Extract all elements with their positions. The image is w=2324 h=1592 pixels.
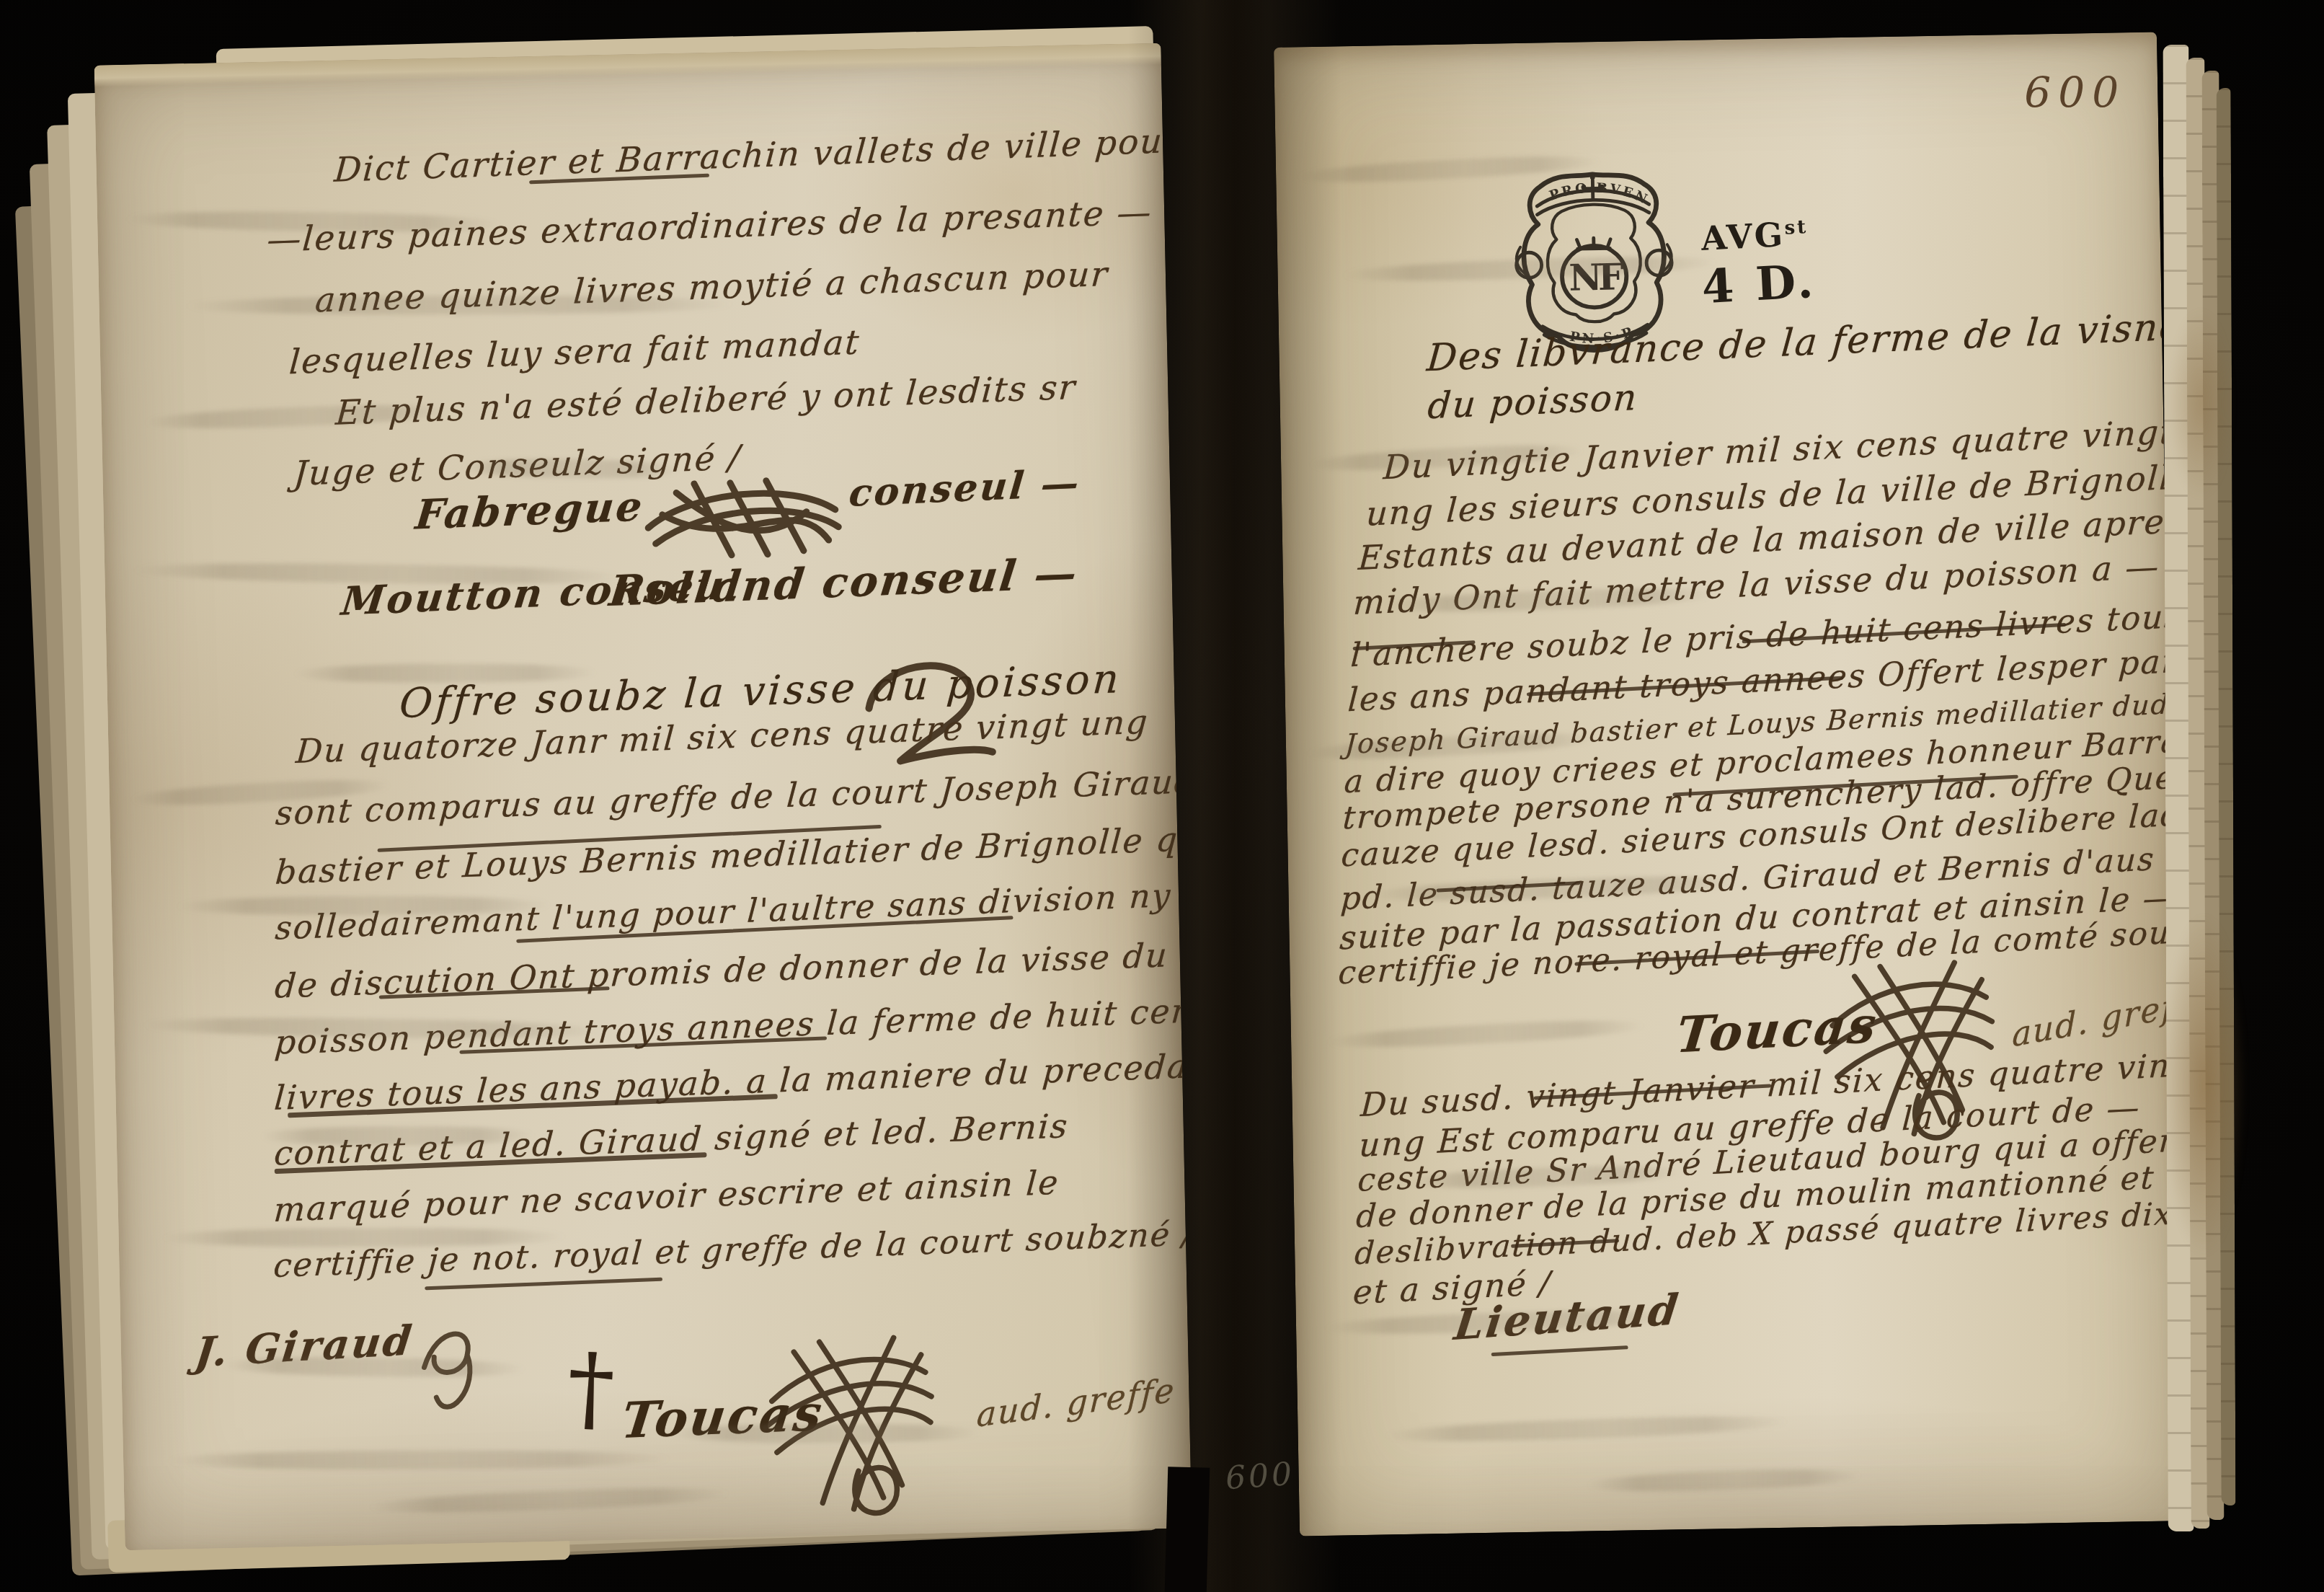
witness-cross-mark: † — [564, 1332, 618, 1443]
section-heading: du poisson — [1426, 376, 1639, 427]
ink-strikethrough — [1491, 1345, 1628, 1356]
photograph-backdrop: Dict Cartier et Barrachin vallets de vil… — [0, 0, 2324, 1592]
ink-showthrough-smudge — [167, 1449, 671, 1469]
folio-number: 600 — [2024, 68, 2126, 117]
manuscript-page-right: 600 PRO·BVEN PN·S·P NF AVGst 4 D. — [1274, 32, 2183, 1536]
signature-suffix: aud. greffe — [976, 1370, 1176, 1435]
duty-amount-text: 4 D. — [1700, 261, 1817, 309]
manuscript-line: annee quinze livres moytié a chascun pou… — [314, 255, 1110, 321]
folio-number-pencil: 600 — [1224, 1456, 1295, 1498]
manuscript-line: sont comparus au greffe de la court Jose… — [274, 760, 1192, 832]
stamp-monogram: NF — [1569, 255, 1624, 298]
manuscript-line: certiffie je not. royal et greffe de la … — [272, 1214, 1192, 1285]
manuscript-page-left: Dict Cartier et Barrachin vallets de vil… — [94, 43, 1192, 1551]
gutter-gap — [1165, 1467, 1210, 1592]
ink-strikethrough — [425, 1278, 662, 1291]
manuscript-line: lesquelles luy sera fait mandat — [288, 322, 861, 382]
duty-stamp-text: AVGst — [1700, 218, 1809, 254]
manuscript-line: Et plus n'a esté deliberé y ont lesdits … — [334, 368, 1078, 433]
manuscript-line: contrat et a led. Giraud signé et led. B… — [272, 1106, 1070, 1173]
manuscript-line: marqué pour ne scavoir escrire et ainsin… — [272, 1163, 1060, 1229]
signature-consul-title: conseul — — [847, 461, 1083, 516]
signature-suffix: aud. greffe — [2012, 981, 2183, 1055]
signature-clerk: Fabregue — [413, 482, 646, 539]
ink-showthrough-smudge — [1587, 1467, 1862, 1495]
manuscript-line: —leurs paines extraordinaires de la pres… — [266, 193, 1154, 260]
manuscript-line: Dict Cartier et Barrachin vallets de vil… — [333, 120, 1192, 190]
ink-showthrough-smudge — [1327, 1016, 1645, 1051]
signature-flourish-icon — [409, 1316, 490, 1433]
duty-region: AVG — [1700, 215, 1786, 258]
ink-showthrough-smudge — [369, 1484, 730, 1516]
duty-superscript: st — [1784, 216, 1809, 239]
ink-showthrough-smudge — [1384, 1412, 1788, 1446]
signature-giraud: J. Giraud — [192, 1317, 416, 1376]
signature-paraph-icon — [740, 1309, 961, 1530]
